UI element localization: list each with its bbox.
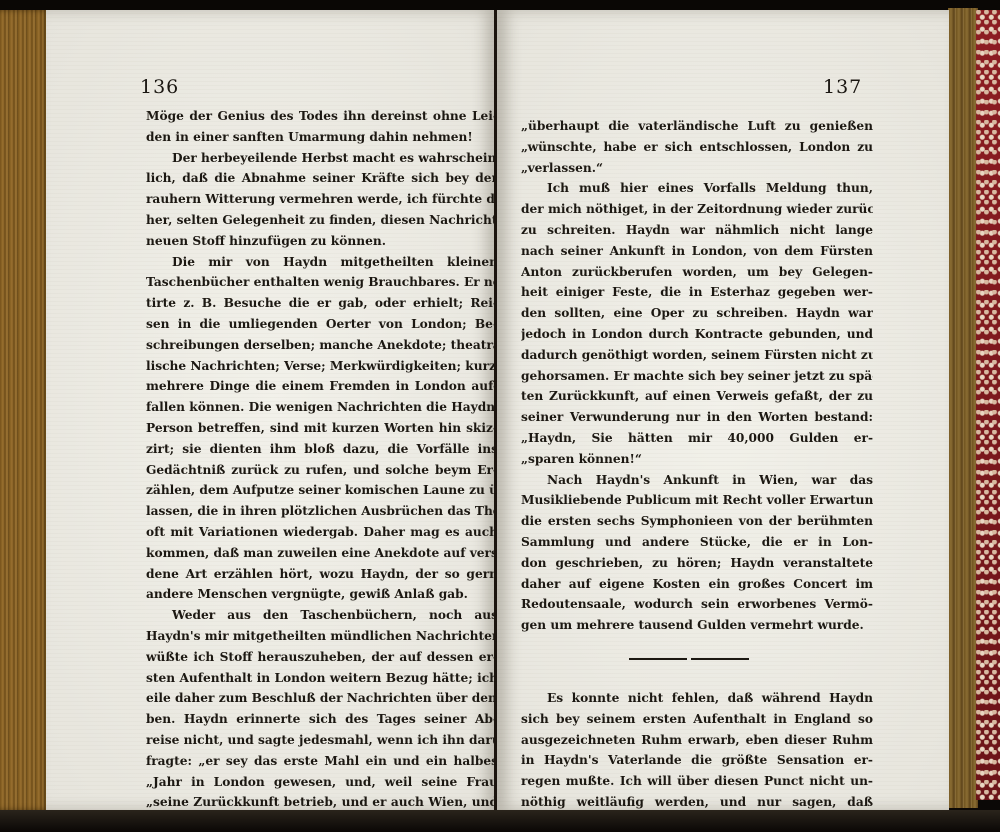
text-line: Es konnte nicht fehlen, daß während Hayd… [521,688,873,709]
text-line: zu schreiten. Haydn war nähmlich nicht l… [521,220,873,241]
text-line: zirt; sie dienten ihm bloß dazu, die Vor… [146,439,498,460]
text-line: Gedächtniß zurück zu rufen, und solche b… [146,460,498,481]
text-line: sten Aufenthalt in London weitern Bezug … [146,668,498,689]
text-line: wüßte ich Stoff herauszuheben, der auf d… [146,647,498,668]
text-line: dadurch genöthigt worden, seinem Fürsten… [521,345,873,366]
text-line: Person betreffen, sind mit kurzen Worten… [146,418,498,439]
text-line: gehorsamen. Er machte sich bey seiner je… [521,366,873,387]
bottom-shadow [0,810,1000,832]
open-book: 136 Möge der Genius des Todes ihn derein… [0,0,1000,832]
text-line: Sammlung und andere Stücke, die er in Lo… [521,532,873,553]
text-line: neuen Stoff hinzufügen zu können. [146,231,498,252]
text-line: den sollten, eine Oper zu schreiben. Hay… [521,303,873,324]
text-line: fallen können. Die wenigen Nachrichten d… [146,397,498,418]
text-line: dene Art erzählen hört, wozu Haydn, der … [146,564,498,585]
text-line: ten Zurückkunft, auf einen Verweis gefaß… [521,386,873,407]
text-line: daher auf eigene Kosten ein großes Conce… [521,574,873,595]
text-line: oft mit Variationen wiedergab. Daher mag… [146,522,498,543]
left-page: 136 Möge der Genius des Todes ihn derein… [46,10,496,810]
text-line: die ersten sechs Symphonieen von der ber… [521,511,873,532]
section-divider [521,636,873,688]
text-line: tirte z. B. Besuche die er gab, oder erh… [146,293,498,314]
text-line: rauhern Witterung vermehren werde, ich f… [146,189,498,210]
text-line: lich, daß die Abnahme seiner Kräfte sich… [146,168,498,189]
page-number-left: 136 [140,76,179,98]
text-line: „Haydn, Sie hätten mir 40,000 Gulden er- [521,428,873,449]
text-line: Der herbeyeilende Herbst macht es wahrsc… [146,148,498,169]
right-page-text: „überhaupt die vaterländische Luft zu ge… [521,116,873,832]
text-line: Taschenbücher enthalten wenig Brauchbare… [146,272,498,293]
text-line: Möge der Genius des Todes ihn dereinst o… [146,106,498,127]
text-line: ausgezeichneten Ruhm erwarb, eben dieser… [521,730,873,751]
text-line: „überhaupt die vaterländische Luft zu ge… [521,116,873,137]
marbled-endpaper [976,10,1000,800]
page-number-right: 137 [823,76,862,98]
left-page-edges [0,10,50,810]
divider-rule [629,658,749,660]
text-line: sich bey seinem ersten Aufenthalt in Eng… [521,709,873,730]
text-line: ben. Haydn erinnerte sich des Tages sein… [146,709,498,730]
text-line: jedoch in London durch Kontracte gebunde… [521,324,873,345]
text-line: reise nicht, und sagte jedesmahl, wenn i… [146,730,498,751]
text-line: her, selten Gelegenheit zu finden, diese… [146,210,498,231]
text-line: „verlassen.“ [521,158,873,179]
text-line: sen in die umliegenden Oerter von London… [146,314,498,335]
text-line: Anton zurückberufen worden, um bey Geleg… [521,262,873,283]
text-line: Ich muß hier eines Vorfalls Meldung thun… [521,178,873,199]
text-line: Musikliebende Publicum mit Recht voller … [521,490,873,511]
right-page: 137 „überhaupt die vaterländische Luft z… [497,10,949,810]
text-line: fragte: „er sey das erste Mahl ein und e… [146,751,498,772]
text-line: heit einiger Feste, die in Esterhaz gege… [521,282,873,303]
text-line: Haydn's mir mitgetheilten mündlichen Nac… [146,626,498,647]
right-text-before-rule: „überhaupt die vaterländische Luft zu ge… [521,116,873,636]
text-line: andere Menschen vergnügte, gewiß Anlaß g… [146,584,498,605]
text-line: gen um mehrere tausend Gulden vermehrt w… [521,615,873,636]
text-line: nach seiner Ankunft in London, von dem F… [521,241,873,262]
text-line: don geschrieben, zu hören; Haydn veranst… [521,553,873,574]
text-line: den in einer sanften Umarmung dahin nehm… [146,127,498,148]
text-line: „wünschte, habe er sich entschlossen, Lo… [521,137,873,158]
text-line: lische Nachrichten; Verse; Merkwürdigkei… [146,356,498,377]
text-line: regen mußte. Ich will über diesen Punct … [521,771,873,792]
text-line: „sparen können!“ [521,449,873,470]
text-line: Weder aus den Taschenbüchern, noch aus [146,605,498,626]
text-line: schreibungen derselben; manche Anekdote;… [146,335,498,356]
text-line: lassen, die in ihren plötzlichen Ausbrüc… [146,501,498,522]
left-page-text: Möge der Genius des Todes ihn dereinst o… [146,106,498,813]
text-line: eile daher zum Beschluß der Nachrichten … [146,688,498,709]
right-page-edges [948,8,978,808]
text-line: Die mir von Haydn mitgetheilten kleinen [146,252,498,273]
text-line: kommen, daß man zuweilen eine Anekdote a… [146,543,498,564]
text-line: Nach Haydn's Ankunft in Wien, war das [521,470,873,491]
text-line: Redoutensaale, wodurch sein erworbenes V… [521,594,873,615]
text-line: in Haydn's Vaterlande die größte Sensati… [521,750,873,771]
text-line: zählen, dem Aufputze seiner komischen La… [146,480,498,501]
text-line: seiner Verwunderung nur in den Worten be… [521,407,873,428]
text-line: der mich nöthiget, in der Zeitordnung wi… [521,199,873,220]
text-line: „Jahr in London gewesen, und, weil seine… [146,772,498,793]
text-line: mehrere Dinge die einem Fremden in Londo… [146,376,498,397]
